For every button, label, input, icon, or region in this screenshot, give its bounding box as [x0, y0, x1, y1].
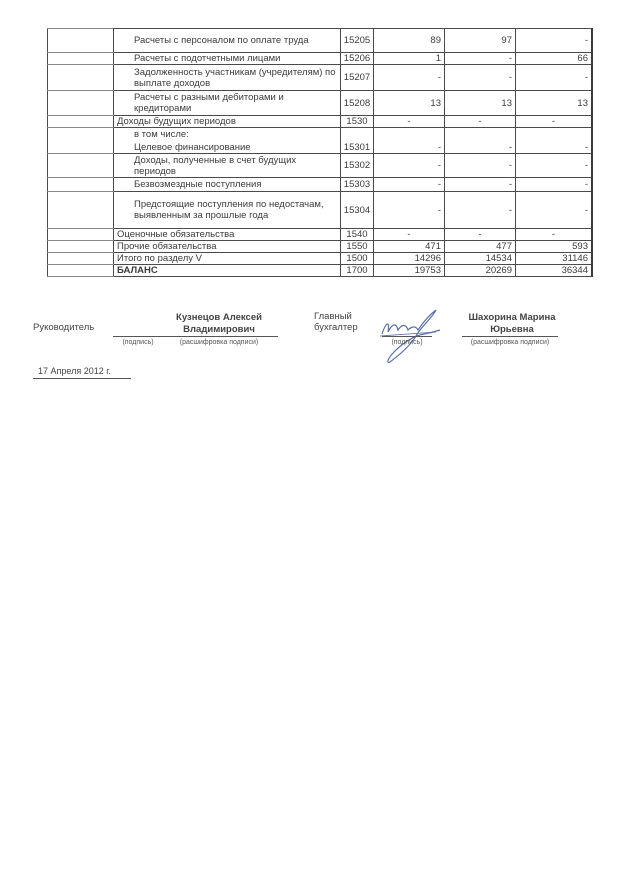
row-code: 15301 — [341, 128, 374, 154]
blank-cell — [48, 29, 114, 53]
value-cell: - — [445, 65, 516, 91]
value-cell: - — [516, 116, 593, 128]
value-cell: 14534 — [445, 253, 516, 265]
value-cell: - — [516, 178, 593, 192]
table-row: Прочие обязательства1550471477593 — [48, 241, 593, 253]
value-cell: - — [374, 229, 445, 241]
blank-cell — [48, 128, 114, 154]
row-label-text: Расчеты с персоналом по оплате труда — [134, 35, 337, 46]
value-cell: - — [374, 192, 445, 229]
blank-cell — [48, 65, 114, 91]
value-cell: - — [516, 229, 593, 241]
accountant-name: Шахорина Марина Юрьевна — [462, 312, 562, 336]
head-signature-line — [113, 336, 163, 337]
row-label: в том числе:Целевое финансирование — [114, 128, 341, 154]
row-label-text: Расчеты с подотчетными лицами — [134, 53, 337, 64]
row-code: 15208 — [341, 91, 374, 116]
value-cell: 89 — [374, 29, 445, 53]
row-code: 15302 — [341, 154, 374, 178]
row-label-text: БАЛАНС — [117, 265, 337, 276]
value-cell: - — [516, 154, 593, 178]
blank-cell — [48, 253, 114, 265]
value-cell: 66 — [516, 53, 593, 65]
value-cell: 20269 — [445, 265, 516, 277]
value-cell: 13 — [445, 91, 516, 116]
table-row: Доходы будущих периодов1530--- — [48, 116, 593, 128]
row-code: 15304 — [341, 192, 374, 229]
value-cell: - — [445, 178, 516, 192]
document-page: Расчеты с персоналом по оплате труда1520… — [0, 0, 638, 890]
blank-cell — [48, 91, 114, 116]
row-code: 15207 — [341, 65, 374, 91]
value-cell: - — [516, 65, 593, 91]
table-row: Предстоящие поступления по недостачам, в… — [48, 192, 593, 229]
row-code: 1550 — [341, 241, 374, 253]
table-row: Безвозмездные поступления15303--- — [48, 178, 593, 192]
row-code: 1530 — [341, 116, 374, 128]
row-label: Доходы, полученные в счет будущих период… — [114, 154, 341, 178]
value-cell: - — [374, 128, 445, 154]
row-code: 1700 — [341, 265, 374, 277]
accountant-name-caption: (расшифровка подписи) — [462, 339, 558, 346]
row-label: Безвозмездные поступления — [114, 178, 341, 192]
row-label: Расчеты с разными дебиторами и кредитора… — [114, 91, 341, 116]
value-cell: - — [445, 229, 516, 241]
accountant-signature-line — [382, 336, 432, 337]
table-row: БАЛАНС1700197532026936344 — [48, 265, 593, 277]
table-row: Расчеты с персоналом по оплате труда1520… — [48, 29, 593, 53]
value-cell: 1 — [374, 53, 445, 65]
row-label: Расчеты с подотчетными лицами — [114, 53, 341, 65]
row-label-text: Задолженность участникам (учредителям) п… — [134, 67, 337, 89]
row-label-text: Итого по разделу V — [117, 253, 337, 264]
row-label-text: Целевое финансирование — [134, 142, 337, 153]
head-name-line — [160, 336, 278, 337]
row-label-text: Оценочные обязательства — [117, 229, 337, 240]
value-cell: - — [445, 53, 516, 65]
value-cell: - — [445, 128, 516, 154]
row-label: Итого по разделу V — [114, 253, 341, 265]
value-cell: - — [516, 192, 593, 229]
head-signature-caption: (подпись) — [113, 339, 163, 346]
row-label: Доходы будущих периодов — [114, 116, 341, 128]
row-label-text: Предстоящие поступления по недостачам, в… — [134, 199, 337, 221]
table-row: в том числе:Целевое финансирование15301-… — [48, 128, 593, 154]
value-cell: - — [374, 154, 445, 178]
blank-cell — [48, 241, 114, 253]
head-name-caption: (расшифровка подписи) — [160, 339, 278, 346]
blank-cell — [48, 229, 114, 241]
date-line — [33, 378, 131, 379]
blank-cell — [48, 154, 114, 178]
value-cell: 31146 — [516, 253, 593, 265]
value-cell: - — [374, 116, 445, 128]
head-title: Руководитель — [33, 322, 94, 333]
row-label: Прочие обязательства — [114, 241, 341, 253]
table-row: Оценочные обязательства1540--- — [48, 229, 593, 241]
row-label-text: Доходы будущих периодов — [117, 116, 337, 127]
row-label: БАЛАНС — [114, 265, 341, 277]
value-cell: 477 — [445, 241, 516, 253]
value-cell: - — [445, 192, 516, 229]
accountant-title: Главный бухгалтер — [314, 311, 364, 333]
row-code: 15303 — [341, 178, 374, 192]
blank-cell — [48, 178, 114, 192]
value-cell: 13 — [516, 91, 593, 116]
value-cell: - — [445, 116, 516, 128]
table-row: Задолженность участникам (учредителям) п… — [48, 65, 593, 91]
table-row: Расчеты с разными дебиторами и кредитора… — [48, 91, 593, 116]
value-cell: - — [516, 128, 593, 154]
accountant-signature-caption: (подпись) — [382, 339, 432, 346]
row-label-text: Доходы, полученные в счет будущих период… — [134, 155, 337, 177]
report-date: 17 Апреля 2012 г. — [38, 366, 111, 376]
row-label-prefix: в том числе: — [134, 129, 337, 140]
table-row: Доходы, полученные в счет будущих период… — [48, 154, 593, 178]
value-cell: - — [516, 29, 593, 53]
row-label: Расчеты с персоналом по оплате труда — [114, 29, 341, 53]
value-cell: - — [374, 178, 445, 192]
row-code: 1500 — [341, 253, 374, 265]
value-cell: 19753 — [374, 265, 445, 277]
table-row: Расчеты с подотчетными лицами152061-66 — [48, 53, 593, 65]
value-cell: 13 — [374, 91, 445, 116]
value-cell: - — [374, 65, 445, 91]
value-cell: 36344 — [516, 265, 593, 277]
row-code: 15206 — [341, 53, 374, 65]
value-cell: 471 — [374, 241, 445, 253]
blank-cell — [48, 116, 114, 128]
head-name: Кузнецов Алексей Владимирович — [160, 312, 278, 336]
value-cell: 97 — [445, 29, 516, 53]
row-code: 15205 — [341, 29, 374, 53]
table-row: Итого по разделу V1500142961453431146 — [48, 253, 593, 265]
row-label-text: Прочие обязательства — [117, 241, 337, 252]
row-label-text: Безвозмездные поступления — [134, 179, 337, 190]
row-label: Задолженность участникам (учредителям) п… — [114, 65, 341, 91]
blank-cell — [48, 53, 114, 65]
row-label-text: Расчеты с разными дебиторами и кредитора… — [134, 92, 337, 114]
row-label: Оценочные обязательства — [114, 229, 341, 241]
row-label: Предстоящие поступления по недостачам, в… — [114, 192, 341, 229]
balance-sheet-table: Расчеты с персоналом по оплате труда1520… — [47, 28, 593, 277]
accountant-name-line — [462, 336, 558, 337]
blank-cell — [48, 192, 114, 229]
value-cell: - — [445, 154, 516, 178]
value-cell: 593 — [516, 241, 593, 253]
value-cell: 14296 — [374, 253, 445, 265]
blank-cell — [48, 265, 114, 277]
row-code: 1540 — [341, 229, 374, 241]
